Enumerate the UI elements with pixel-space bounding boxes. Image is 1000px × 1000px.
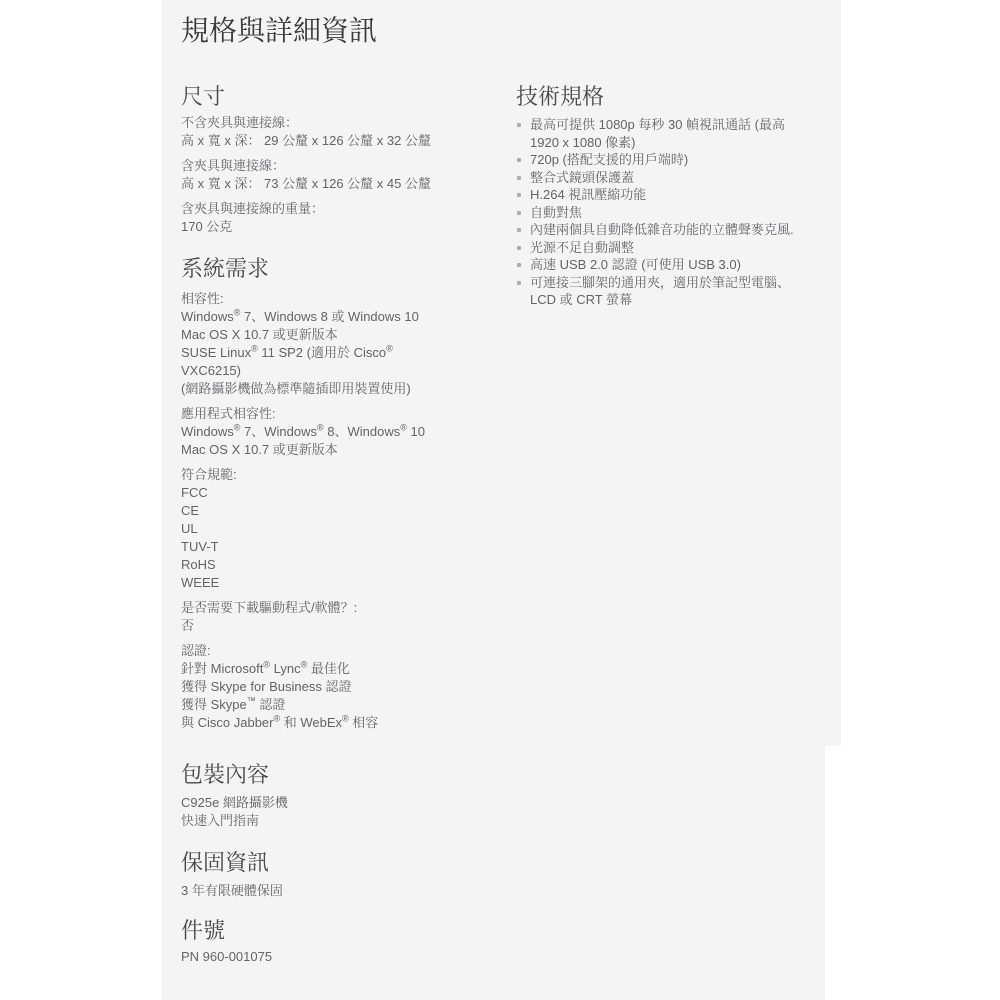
text-line: 獲得 Skype for Business 認證 (181, 678, 516, 696)
text-line: 認證: (181, 642, 516, 660)
bullet-text: 720p (搭配支援的用戶端時) (530, 151, 688, 169)
text-line: C925e 網路攝影機 (181, 794, 829, 812)
dimensions-groups: 不含夾具與連接線：高 x 寬 x 深： 29 公釐 x 126 公釐 x 32 … (181, 114, 516, 236)
bullet-icon (517, 263, 521, 267)
text-line: 高速 USB 2.0 認證 (可使用 USB 3.0) (530, 256, 741, 274)
text-line: Windows® 7、Windows® 8、Windows® 10 (181, 423, 516, 441)
spec-bullet-item: 光源不足自動調整 (516, 239, 829, 257)
text-line: UL (181, 520, 516, 538)
text-line: 相容性: (181, 290, 516, 308)
spec-group: 符合規範:FCCCEULTUV-TRoHSWEEE (181, 466, 516, 592)
text-line: 720p (搭配支援的用戶端時) (530, 151, 688, 169)
text-line: CE (181, 502, 516, 520)
technical-specs-heading: 技術規格 (516, 84, 829, 110)
part-number-lines: PN 960-001075 (181, 948, 829, 966)
bullet-icon (517, 193, 521, 197)
text-line: LCD 或 CRT 螢幕 (530, 291, 790, 309)
text-line: 整合式鏡頭保護蓋 (530, 169, 634, 187)
part-number-heading: 件號 (181, 918, 829, 944)
system-requirements-groups: 相容性:Windows® 7、Windows 8 或 Windows 10Mac… (181, 290, 516, 732)
text-line: 與 Cisco Jabber® 和 WebEx® 相容 (181, 714, 516, 732)
left-column: 尺寸 不含夾具與連接線：高 x 寬 x 深： 29 公釐 x 126 公釐 x … (181, 84, 516, 732)
bullet-icon (517, 246, 521, 250)
text-line: VXC6215) (181, 362, 516, 380)
bullet-icon (517, 211, 521, 215)
text-line: 針對 Microsoft® Lync® 最佳化 (181, 660, 516, 678)
text-line: (網路攝影機做為標準隨插即用裝置使用) (181, 380, 516, 398)
spec-group: 認證:針對 Microsoft® Lync® 最佳化獲得 Skype for B… (181, 642, 516, 732)
text-line: PN 960-001075 (181, 948, 829, 966)
section-technical-specs: 技術規格 最高可提供 1080p 每秒 30 幀視訊通話 (最高1920 x 1… (516, 84, 829, 309)
spec-columns: 尺寸 不含夾具與連接線：高 x 寬 x 深： 29 公釐 x 126 公釐 x … (181, 84, 829, 732)
text-line: FCC (181, 484, 516, 502)
spec-group: 應用程式相容性:Windows® 7、Windows® 8、Windows® 1… (181, 405, 516, 459)
product-spec-page: 規格與詳細資訊 尺寸 不含夾具與連接線：高 x 寬 x 深： 29 公釐 x 1… (0, 0, 1000, 1000)
spec-bullet-item: 整合式鏡頭保護蓋 (516, 169, 829, 187)
text-line: 3 年有限硬體保固 (181, 882, 829, 900)
text-line: Mac OS X 10.7 或更新版本 (181, 441, 516, 459)
spec-content: 規格與詳細資訊 尺寸 不含夾具與連接線：高 x 寬 x 深： 29 公釐 x 1… (181, 0, 829, 966)
text-line: 含夾具與連接線： (181, 157, 516, 175)
text-line: WEEE (181, 574, 516, 592)
spec-group: 相容性:Windows® 7、Windows 8 或 Windows 10Mac… (181, 290, 516, 398)
system-requirements-heading: 系統需求 (181, 256, 516, 282)
text-line: 1920 x 1080 像素) (530, 134, 785, 152)
bullet-icon (517, 228, 521, 232)
section-package-contents: 包裝內容 C925e 網路攝影機快速入門指南 (181, 762, 829, 830)
text-line: 內建兩個具自動降低雜音功能的立體聲麥克風. (530, 221, 794, 239)
bullet-icon (517, 176, 521, 180)
text-line: 光源不足自動調整 (530, 239, 634, 257)
bullet-text: 光源不足自動調整 (530, 239, 634, 257)
spec-bullet-item: 高速 USB 2.0 認證 (可使用 USB 3.0) (516, 256, 829, 274)
warranty-lines: 3 年有限硬體保固 (181, 882, 829, 900)
text-line: 否 (181, 617, 516, 635)
package-contents-lines: C925e 網路攝影機快速入門指南 (181, 794, 829, 830)
text-line: SUSE Linux® 11 SP2 (適用於 Cisco® (181, 344, 516, 362)
spec-group: 是否需要下載驅動程式/軟體？:否 (181, 599, 516, 635)
bullet-text: 最高可提供 1080p 每秒 30 幀視訊通話 (最高1920 x 1080 像… (530, 116, 785, 151)
page-title: 規格與詳細資訊 (181, 14, 829, 48)
spec-bullet-item: 內建兩個具自動降低雜音功能的立體聲麥克風. (516, 221, 829, 239)
text-line: 含夾具與連接線的重量： (181, 200, 516, 218)
bullet-icon (517, 123, 521, 127)
text-line: 高 x 寬 x 深： 73 公釐 x 126 公釐 x 45 公釐 (181, 175, 516, 193)
spec-bullet-item: 自動對焦 (516, 204, 829, 222)
bullet-text: 自動對焦 (530, 204, 582, 222)
text-line: H.264 視訊壓縮功能 (530, 186, 646, 204)
bullet-icon (517, 281, 521, 285)
text-line: 最高可提供 1080p 每秒 30 幀視訊通話 (最高 (530, 116, 785, 134)
text-line: 自動對焦 (530, 204, 582, 222)
text-line: 高 x 寬 x 深： 29 公釐 x 126 公釐 x 32 公釐 (181, 132, 516, 150)
bullet-text: H.264 視訊壓縮功能 (530, 186, 646, 204)
warranty-heading: 保固資訊 (181, 850, 829, 876)
text-line: RoHS (181, 556, 516, 574)
spec-bullet-item: 720p (搭配支援的用戶端時) (516, 151, 829, 169)
bullet-text: 可連接三腳架的通用夾，適用於筆記型電腦、LCD 或 CRT 螢幕 (530, 274, 790, 309)
bullet-text: 高速 USB 2.0 認證 (可使用 USB 3.0) (530, 256, 741, 274)
bullet-text: 整合式鏡頭保護蓋 (530, 169, 634, 187)
section-dimensions: 尺寸 不含夾具與連接線：高 x 寬 x 深： 29 公釐 x 126 公釐 x … (181, 84, 516, 236)
text-line: 符合規範: (181, 466, 516, 484)
spec-bullet-item: 可連接三腳架的通用夾，適用於筆記型電腦、LCD 或 CRT 螢幕 (516, 274, 829, 309)
text-line: 可連接三腳架的通用夾，適用於筆記型電腦、 (530, 274, 790, 292)
spec-bullet-item: 最高可提供 1080p 每秒 30 幀視訊通話 (最高1920 x 1080 像… (516, 116, 829, 151)
text-line: Windows® 7、Windows 8 或 Windows 10 (181, 308, 516, 326)
spec-group: 含夾具與連接線：高 x 寬 x 深： 73 公釐 x 126 公釐 x 45 公… (181, 157, 516, 193)
spec-group: 不含夾具與連接線：高 x 寬 x 深： 29 公釐 x 126 公釐 x 32 … (181, 114, 516, 150)
text-line: Mac OS X 10.7 或更新版本 (181, 326, 516, 344)
text-line: 應用程式相容性: (181, 405, 516, 423)
spec-group: 含夾具與連接線的重量：170 公克 (181, 200, 516, 236)
package-contents-heading: 包裝內容 (181, 762, 829, 788)
text-line: 不含夾具與連接線： (181, 114, 516, 132)
text-line: 是否需要下載驅動程式/軟體？: (181, 599, 516, 617)
spec-bullet-item: H.264 視訊壓縮功能 (516, 186, 829, 204)
technical-specs-list: 最高可提供 1080p 每秒 30 幀視訊通話 (最高1920 x 1080 像… (516, 116, 829, 309)
text-line: 快速入門指南 (181, 812, 829, 830)
bullet-icon (517, 158, 521, 162)
section-system-requirements: 系統需求 相容性:Windows® 7、Windows 8 或 Windows … (181, 256, 516, 732)
text-line: 170 公克 (181, 218, 516, 236)
text-line: TUV-T (181, 538, 516, 556)
right-column: 技術規格 最高可提供 1080p 每秒 30 幀視訊通話 (最高1920 x 1… (516, 84, 829, 732)
section-part-number: 件號 PN 960-001075 (181, 918, 829, 966)
section-warranty: 保固資訊 3 年有限硬體保固 (181, 850, 829, 900)
text-line: 獲得 Skype™ 認證 (181, 696, 516, 714)
bullet-text: 內建兩個具自動降低雜音功能的立體聲麥克風. (530, 221, 794, 239)
dimensions-heading: 尺寸 (181, 84, 516, 110)
